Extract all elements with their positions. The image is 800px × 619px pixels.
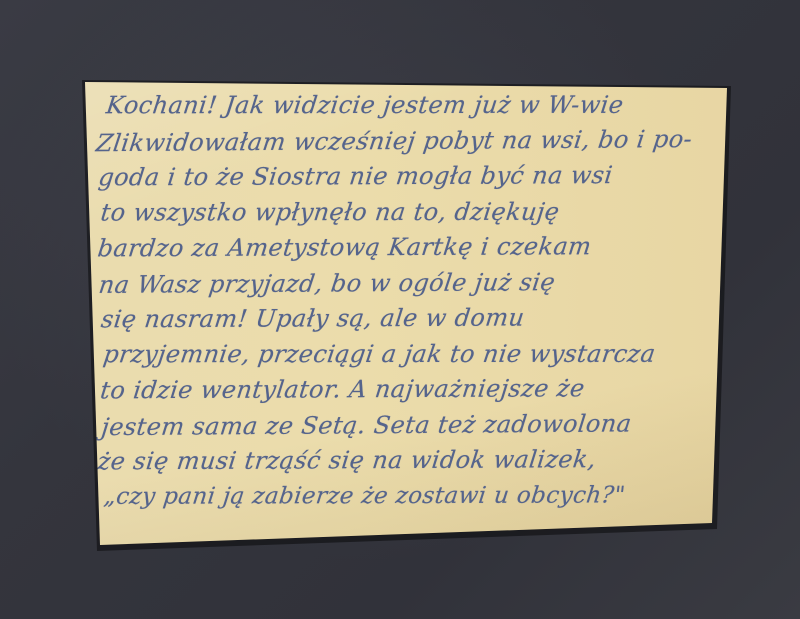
handwriting-line: się nasram! Upały są, ale w domu bbox=[99, 300, 723, 338]
handwriting-line: przyjemnie, przeciągi a jak to nie wysta… bbox=[101, 336, 724, 372]
handwriting-line: to idzie wentylator. A najważniejsze że bbox=[98, 371, 723, 409]
handwriting-line: Kochani! Jak widzicie jestem już w W-wie bbox=[104, 88, 722, 124]
handwriting-line: „czy pani ją zabierze że zostawi u obcyc… bbox=[102, 478, 724, 515]
handwriting-line: Zlikwidowałam wcześniej pobyt na wsi, bo… bbox=[94, 121, 723, 161]
handwriting-line: bardzo za Ametystową Kartkę i czekam bbox=[96, 229, 723, 267]
handwriting-line: goda i to że Siostra nie mogła być na ws… bbox=[96, 158, 722, 196]
handwriting-line: to wszystko wpłynęło na to, dziękuję bbox=[99, 194, 723, 231]
handwritten-text: Kochani! Jak widzicie jestem już w W-wie… bbox=[102, 87, 722, 516]
handwriting-line: że się musi trząść się na widok walizek, bbox=[96, 442, 724, 480]
handwriting-line: na Wasz przyjazd, bo w ogóle już się bbox=[96, 264, 723, 303]
handwriting-line: jestem sama ze Setą. Seta też zadowolona bbox=[99, 405, 723, 445]
photo-background: Kochani! Jak widzicie jestem już w W-wie… bbox=[0, 0, 800, 619]
